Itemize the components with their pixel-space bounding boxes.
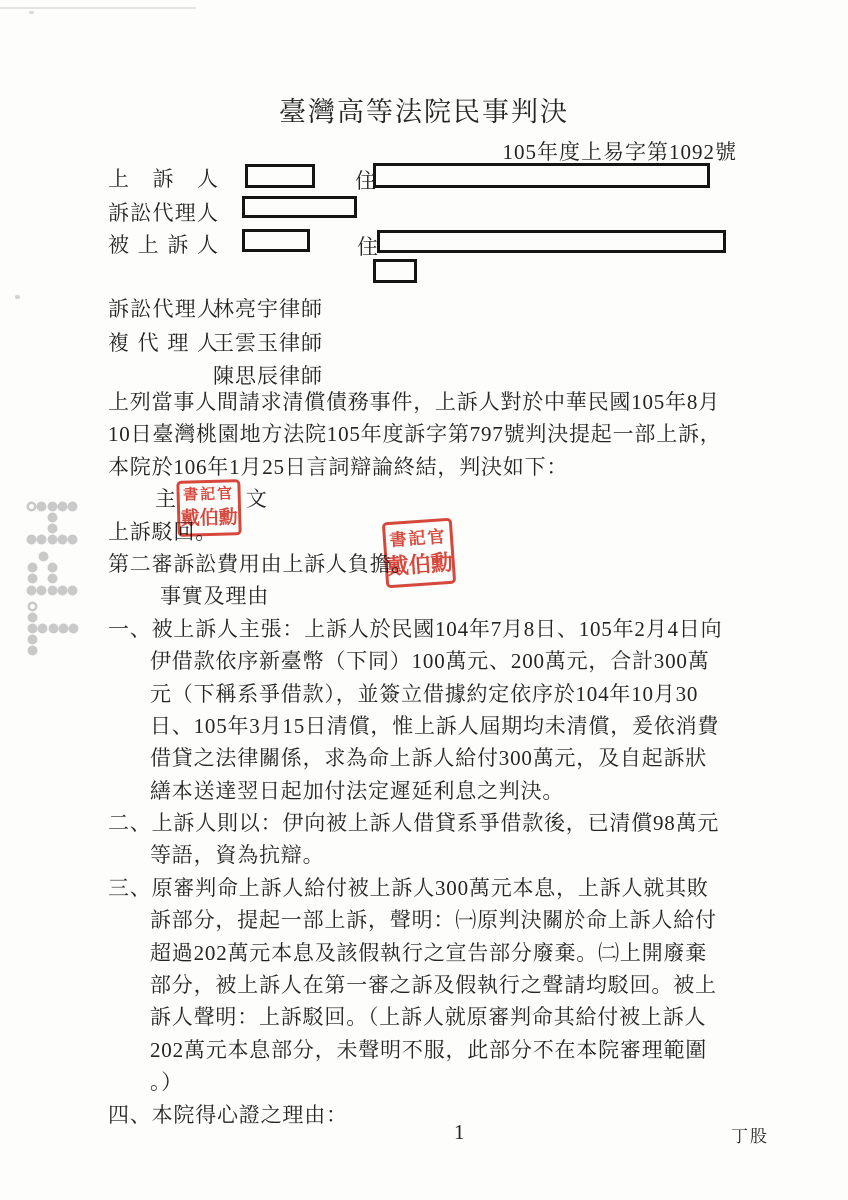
appellee-row: 被上訴人 [108,229,218,259]
representative-row: 複代理人 [108,327,218,357]
scan-artifact-line [0,7,196,9]
appellant-name-redaction-box [245,164,315,188]
appellant-row: 上訴人 [108,163,218,193]
case-number: 105年度上易字第1092號 [503,136,738,166]
stamp-name-text: 戴伯勳 [181,508,238,528]
perforation-mark [30,604,35,609]
scan-artifact-speck [29,11,34,14]
facts-line: 日、105年3月15日清償，惟上訴人屆期均未清償，爰依消費 [108,710,752,742]
representative-row: 訴訟代理人 [108,293,218,323]
facts-line: 一、被上訴人主張：上訴人於民國104年7月8日、105年2月4日向 [108,613,752,645]
main-text-heading-char: 文 [246,487,268,511]
appellee-name-redaction-box [242,229,310,252]
facts-line: 伊借款依序新臺幣（下同）100萬元、200萬元，合計300萬 [108,645,752,677]
facts-line: 二、上訴人則以：伊向被上訴人借貸系爭借款後，已清償98萬元 [108,807,752,839]
facts-line: 三、原審判命上訴人給付被上訴人300萬元本息，上訴人就其敗 [108,872,752,904]
appellant-residence-redaction-box [373,163,710,188]
facts-line: 等語，資為抗辯。 [108,839,752,871]
clerk-seal-stamp: 書記官 戴伯勳 [176,479,241,537]
residence-label: 住 [357,231,378,261]
address-continuation-redaction-box [373,259,417,283]
perforation-mark [29,554,34,559]
representative-name: 王雲玉律師 [213,327,323,357]
facts-line: 。） [108,1066,752,1098]
preamble-line: 本院於106年1月25日言詞辯論終結，判決如下： [108,451,752,483]
clerk-seal-stamp: 書記官 戴伯勳 [382,518,456,589]
preamble-line: 10日臺灣桃園地方法院105年度訴字第797號判決提起一部上訴， [108,418,752,450]
division-label: 丁股 [731,1122,769,1147]
perforation-mark [29,504,34,509]
facts-line: 部分，被上訴人在第一審之訴及假執行之聲請均駁回。被上 [108,969,752,1001]
agent-name-redaction-box [242,196,357,218]
agent-row: 訴訟代理人 [108,197,218,227]
preamble-line: 上列當事人間請求清償債務事件，上訴人對於中華民國105年8月 [108,386,752,418]
main-text-heading-char: 主 [155,487,177,511]
facts-line: 訴部分，提起一部上訴，聲明：㈠原判決關於命上訴人給付 [108,904,752,936]
representative-name: 林亮宇律師 [213,293,323,323]
stamp-name-text: 戴伯勳 [386,552,453,579]
stamp-title-text: 書記官 [183,488,234,504]
agent-label: 訴訟代理人 [108,197,218,227]
appellee-residence-redaction-box [377,230,726,253]
appellee-label: 被上訴人 [108,229,218,259]
facts-line: 訴人聲明：上訴駁回。（上訴人就原審判命其給付被上訴人 [108,1001,752,1033]
judgment-document-page: 臺灣高等法院民事判決 105年度上易字第1092號 上訴人 住 訴訟代理人 被上… [0,0,848,1200]
facts-line: 超過202萬元本息及該假執行之宣告部分廢棄。㈡上開廢棄 [108,937,752,969]
scan-artifact-speck [15,295,20,299]
facts-line: 元（下稱系爭借款），並簽立借據約定依序於104年10月30 [108,678,752,710]
appellant-label: 上訴人 [108,163,218,193]
facts-line: 借貸之法律關係，求為命上訴人給付300萬元，及自起訴狀 [108,742,752,774]
facts-line: 202萬元本息部分，未聲明不服，此部分不在本院審理範圍 [108,1034,752,1066]
page-title: 臺灣高等法院民事判決 [0,90,848,129]
facts-line: 四、本院得心證之理由： [108,1099,752,1131]
page-number: 1 [454,1120,465,1145]
stamp-title-text: 書記官 [389,528,447,549]
representative-label: 訴訟代理人 [108,293,218,323]
representative-label: 複代理人 [108,327,218,357]
facts-line: 繕本送達翌日起加付法定遲延利息之判決。 [108,775,752,807]
